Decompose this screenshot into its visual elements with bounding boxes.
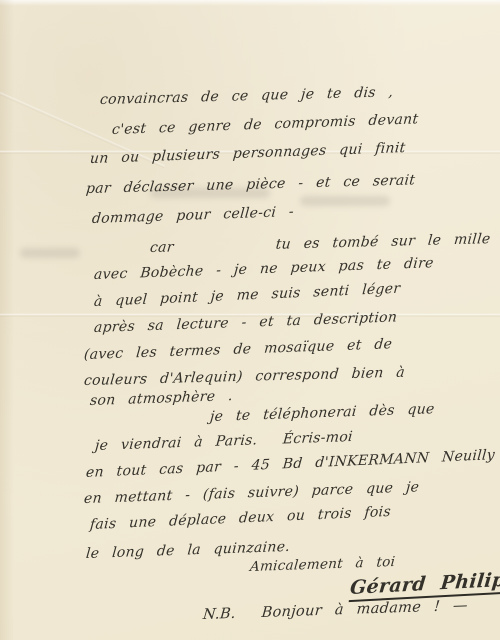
letter-line: (avec les termes de mosaïque et de — [83, 336, 393, 363]
ink-show-through — [300, 196, 390, 206]
letter-line: car tu es tombé sur le mille — [149, 231, 491, 256]
letter-line: en mettant - (fais suivre) parce que je — [83, 479, 420, 507]
letter-line: un ou plusieurs personnages qui finit — [89, 140, 406, 167]
paper-top-edge — [0, 0, 500, 6]
letter-line: dommage pour celle-ci - — [91, 204, 294, 227]
letter-line: convaincras de ce que je te dis , — [99, 84, 394, 108]
signature: Gérard Philipe — [349, 568, 500, 602]
letter-line: couleurs d'Arlequin) correspond bien à — [83, 365, 405, 389]
letter-line: je viendrai à Paris. Écris-moi — [94, 429, 353, 454]
letter-line: avec Bobèche - je ne peux pas te dire — [93, 255, 434, 283]
letter-line: je te téléphonerai dès que — [209, 401, 435, 425]
letter-line: son atmosphère . — [89, 388, 233, 409]
letter-line: fais une déplace deux ou trois fois — [89, 504, 391, 533]
letter-line: à quel point je me suis senti léger — [93, 281, 401, 310]
letter-paper: convaincras de ce que je te dis , c'est … — [0, 0, 500, 640]
letter-postscript: N.B. Bonjour à madame ! — — [202, 598, 468, 623]
letter-line: c'est ce genre de compromis devant — [111, 111, 419, 138]
letter-closing: Amicalement à toi — [249, 554, 396, 575]
ink-show-through — [20, 248, 80, 258]
